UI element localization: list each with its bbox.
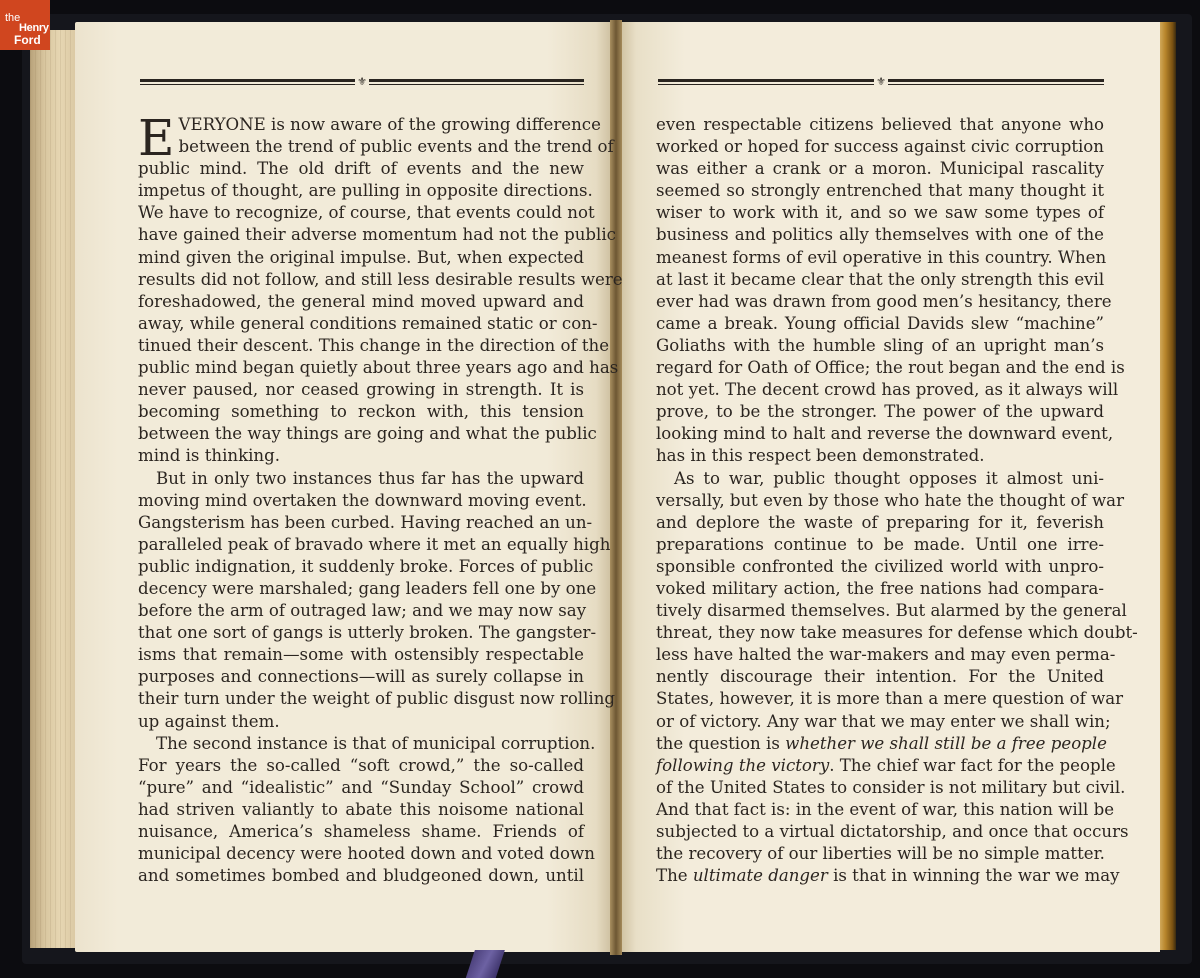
italic-run: ultimate danger bbox=[693, 866, 828, 885]
text-line: prove, to be the stronger. The power of … bbox=[656, 401, 1104, 423]
text-line: has in this respect been demonstrated. bbox=[656, 445, 1104, 467]
text-line: worked or hoped for success against civi… bbox=[656, 136, 1104, 158]
text-line: less have halted the war-makers and may … bbox=[656, 644, 1104, 666]
header-ornament-right: ⚜ bbox=[658, 77, 1104, 87]
text-line: As to war, public thought opposes it alm… bbox=[656, 468, 1104, 490]
text-line: looking mind to halt and reverse the dow… bbox=[656, 423, 1104, 445]
text-line: that one sort of gangs is utterly broken… bbox=[138, 622, 584, 644]
italic-run: following the victory bbox=[656, 756, 829, 775]
text-line: decency were marshaled; gang leaders fel… bbox=[138, 578, 584, 600]
paragraph: As to war, public thought opposes it alm… bbox=[656, 468, 1104, 888]
text-line: regard for Oath of Office; the rout bega… bbox=[656, 357, 1104, 379]
book-gutter bbox=[610, 20, 622, 955]
text-line: moving mind overtaken the downward movin… bbox=[138, 490, 584, 512]
header-ornament-left: ⚜ bbox=[140, 77, 584, 87]
text-run: the question is bbox=[656, 734, 785, 753]
text-line: Goliaths with the humble sling of an upr… bbox=[656, 335, 1104, 357]
text-line: had striven valiantly to abate this nois… bbox=[138, 799, 584, 821]
text-line: the recovery of our liberties will be no… bbox=[656, 843, 1104, 865]
left-page-text: E VERYONE is now aware of the growing di… bbox=[138, 114, 584, 887]
paragraph: even respectable citizens believed that … bbox=[656, 114, 1104, 468]
text-line: away, while general conditions remained … bbox=[138, 313, 584, 335]
text-line: following the victory. The chief war fac… bbox=[656, 755, 1104, 777]
text-line: their turn under the weight of public di… bbox=[138, 688, 584, 710]
text-line: and deplore the waste of preparing for i… bbox=[656, 512, 1104, 534]
paragraph: The second instance is that of municipal… bbox=[138, 733, 584, 888]
text-line: foreshadowed, the general mind moved upw… bbox=[138, 291, 584, 313]
text-line: But in only two instances thus far has t… bbox=[138, 468, 584, 490]
text-line: And that fact is: in the event of war, t… bbox=[656, 799, 1104, 821]
double-rule bbox=[140, 79, 355, 85]
text-run: The bbox=[656, 866, 693, 885]
text-line: subjected to a virtual dictatorship, and… bbox=[656, 821, 1104, 843]
gilt-page-edge-right bbox=[1158, 22, 1176, 950]
text-line: VERYONE is now aware of the growing diff… bbox=[138, 114, 584, 136]
drop-cap: E bbox=[138, 118, 175, 158]
text-line: municipal decency were hooted down and v… bbox=[138, 843, 584, 865]
text-line: up against them. bbox=[138, 711, 584, 733]
text-run: is that in winning the war we may bbox=[828, 866, 1120, 885]
text-line: States, however, it is more than a mere … bbox=[656, 688, 1104, 710]
henry-ford-logo: the Henry Ford bbox=[0, 0, 50, 50]
text-line: preparations continue to be made. Until … bbox=[656, 534, 1104, 556]
logo-the: the bbox=[5, 12, 20, 24]
text-line: of the United States to consider is not … bbox=[656, 777, 1104, 799]
fleur-de-lis-icon: ⚜ bbox=[874, 77, 888, 87]
text-line: never paused, nor ceased growing in stre… bbox=[138, 379, 584, 401]
text-line: before the arm of outraged law; and we m… bbox=[138, 600, 584, 622]
page-edges-left bbox=[30, 30, 80, 948]
text-run: . The chief war fact for the people bbox=[829, 756, 1115, 775]
text-line: The second instance is that of municipal… bbox=[138, 733, 584, 755]
text-line: between the trend of public events and t… bbox=[138, 136, 584, 158]
text-line: We have to recognize, of course, that ev… bbox=[138, 202, 584, 224]
text-line: ever had was drawn from good men’s hesit… bbox=[656, 291, 1104, 313]
text-line: public mind began quietly about three ye… bbox=[138, 357, 584, 379]
fleur-de-lis-icon: ⚜ bbox=[355, 77, 369, 87]
text-line: mind given the original impulse. But, wh… bbox=[138, 247, 584, 269]
text-line: purposes and connections—will as surely … bbox=[138, 666, 584, 688]
text-line: sponsible confronted the civilized world… bbox=[656, 556, 1104, 578]
text-line: came a break. Young official Davids slew… bbox=[656, 313, 1104, 335]
text-line: “pure” and “idealistic” and “Sunday Scho… bbox=[138, 777, 584, 799]
text-line: For years the so-called “soft crowd,” th… bbox=[138, 755, 584, 777]
text-line: and sometimes bombed and bludgeoned down… bbox=[138, 865, 584, 887]
text-line: have gained their adverse momentum had n… bbox=[138, 224, 584, 246]
text-line: paralleled peak of bravado where it met … bbox=[138, 534, 584, 556]
text-line: the question is whether we shall still b… bbox=[656, 733, 1104, 755]
text-line: wiser to work with it, and so we saw som… bbox=[656, 202, 1104, 224]
text-line: nuisance, America’s shameless shame. Fri… bbox=[138, 821, 584, 843]
text-line: voked military action, the free nations … bbox=[656, 578, 1104, 600]
text-line: versally, but even by those who hate the… bbox=[656, 490, 1104, 512]
text-line: or of victory. Any war that we may enter… bbox=[656, 711, 1104, 733]
text-line: results did not follow, and still less d… bbox=[138, 269, 584, 291]
logo-ford: Ford bbox=[14, 33, 41, 47]
text-line: seemed so strongly entrenched that many … bbox=[656, 180, 1104, 202]
text-line: between the way things are going and wha… bbox=[138, 423, 584, 445]
text-line: threat, they now take measures for defen… bbox=[656, 622, 1104, 644]
italic-run: whether we shall still be a free people bbox=[785, 734, 1107, 753]
double-rule bbox=[888, 79, 1104, 85]
text-line: at last it became clear that the only st… bbox=[656, 269, 1104, 291]
text-line: business and politics ally themselves wi… bbox=[656, 224, 1104, 246]
text-line: meanest forms of evil operative in this … bbox=[656, 247, 1104, 269]
paragraph: But in only two instances thus far has t… bbox=[138, 468, 584, 733]
right-page-text: even respectable citizens believed that … bbox=[656, 114, 1104, 887]
text-line: The ultimate danger is that in winning t… bbox=[656, 865, 1104, 887]
paragraph: E VERYONE is now aware of the growing di… bbox=[138, 114, 584, 468]
text-line: was either a crank or a moron. Municipal… bbox=[656, 158, 1104, 180]
text-line: Gangsterism has been curbed. Having reac… bbox=[138, 512, 584, 534]
double-rule bbox=[369, 79, 584, 85]
text-line: impetus of thought, are pulling in oppos… bbox=[138, 180, 584, 202]
text-line: tinued their descent. This change in the… bbox=[138, 335, 584, 357]
text-line: tively disarmed themselves. But alarmed … bbox=[656, 600, 1104, 622]
text-line: nently discourage their intention. For t… bbox=[656, 666, 1104, 688]
text-line: mind is thinking. bbox=[138, 445, 584, 467]
text-line: becoming something to reckon with, this … bbox=[138, 401, 584, 423]
text-line: not yet. The decent crowd has proved, as… bbox=[656, 379, 1104, 401]
text-line: even respectable citizens believed that … bbox=[656, 114, 1104, 136]
text-line: public indignation, it suddenly broke. F… bbox=[138, 556, 584, 578]
text-line: public mind. The old drift of events and… bbox=[138, 158, 584, 180]
double-rule bbox=[658, 79, 874, 85]
text-line: isms that remain—some with ostensibly re… bbox=[138, 644, 584, 666]
